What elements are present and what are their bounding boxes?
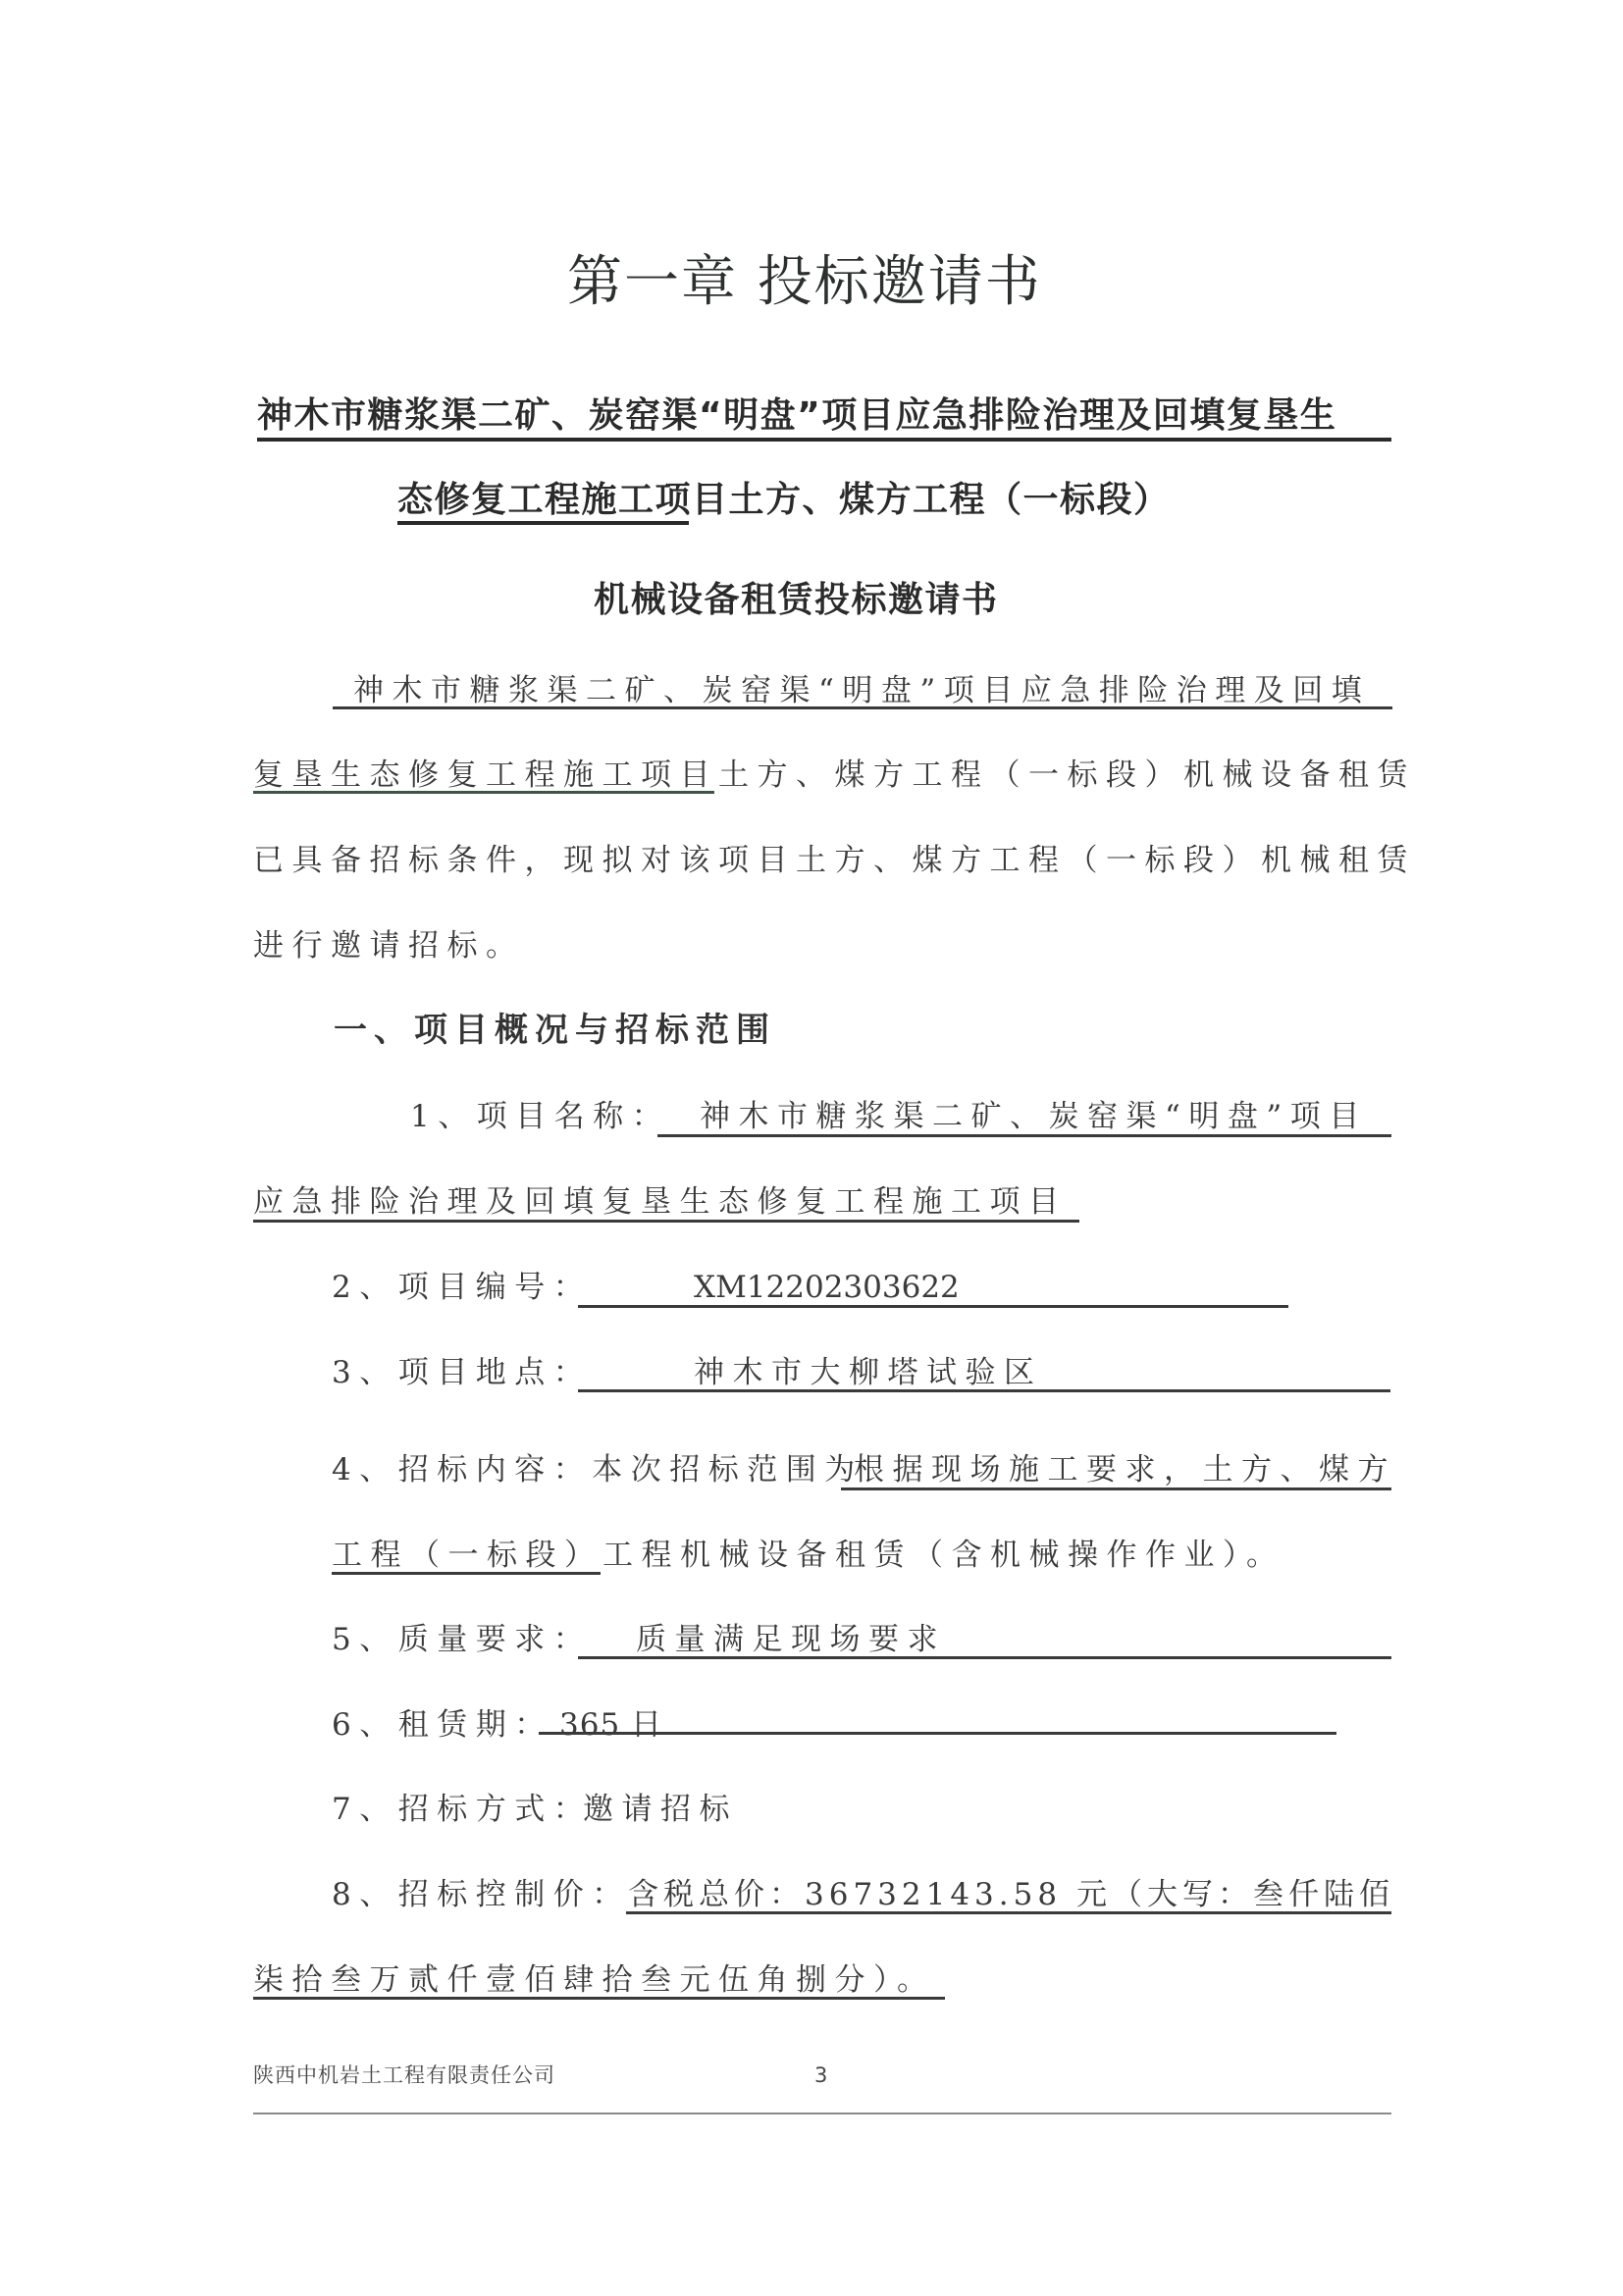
chapter-title: 第一章 投标邀请书 bbox=[567, 251, 1042, 314]
intro-line-1: 神木市糖浆渠二矿、炭窑渠“明盘”项目应急排险治理及回填 bbox=[353, 671, 1370, 710]
section-heading: 一、项目概况与招标范围 bbox=[334, 1011, 776, 1050]
item-4-underline bbox=[841, 1487, 1391, 1490]
footer-rule bbox=[253, 2113, 1391, 2114]
subtitle-underline-1 bbox=[257, 438, 1391, 442]
item-6-label: 6、租赁期： bbox=[332, 1705, 553, 1745]
item-4-tail: 工程机械设备租赁（含机械操作作业）。 bbox=[602, 1536, 1285, 1575]
page-number: 3 bbox=[814, 2061, 828, 2089]
item-4-label: 4、招标内容：本次招标范围为 bbox=[332, 1450, 864, 1489]
item-1-underline bbox=[657, 1134, 1391, 1137]
item-8-underline-cont bbox=[253, 1997, 945, 2000]
item-1-label: 1、项目名称： bbox=[410, 1097, 670, 1136]
item-6-value: 365 日 bbox=[559, 1705, 662, 1745]
item-2-label: 2、项目编号： bbox=[332, 1268, 592, 1307]
item-5-underline bbox=[578, 1656, 1391, 1659]
subtitle-line-2: 态修复工程施工项目土方、煤方工程（一标段） bbox=[397, 479, 1171, 522]
item-4-value-cont: 工程（一标段） bbox=[332, 1536, 603, 1575]
item-7-label: 7、招标方式： bbox=[332, 1790, 592, 1829]
item-2-value: XM12202303622 bbox=[694, 1268, 960, 1307]
subtitle-underline-2 bbox=[397, 521, 689, 525]
item-4-value: 根据现场施工要求，土方、煤方 bbox=[854, 1450, 1396, 1489]
subtitle-line-1: 神木市糖浆渠二矿、炭窑渠“明盘”项目应急排险治理及回填复垦生 bbox=[257, 394, 1336, 438]
intro-underline-2 bbox=[253, 791, 714, 794]
item-3-value: 神木市大柳塔试验区 bbox=[694, 1353, 1043, 1392]
item-7-value: 邀请招标 bbox=[583, 1790, 738, 1829]
item-8-label: 8、招标控制价： bbox=[332, 1875, 631, 1914]
item-1-value-cont: 应急排险治理及回填复垦生态修复工程施工项目 bbox=[253, 1182, 1068, 1222]
item-8-value: 含税总价：36732143.58 元（大写：叁仟陆佰 bbox=[628, 1875, 1394, 1914]
item-6-underline bbox=[539, 1732, 1336, 1735]
item-3-underline bbox=[578, 1389, 1390, 1392]
item-5-label: 5、质量要求： bbox=[332, 1620, 592, 1659]
intro-underline-1 bbox=[333, 706, 1392, 709]
intro-line-3: 已具备招标条件，现拟对该项目土方、煤方工程（一标段）机械租赁 bbox=[253, 841, 1416, 880]
intro-line-2: 复垦生态修复工程施工项目土方、煤方工程（一标段）机械设备租赁 bbox=[253, 756, 1416, 795]
item-2-underline bbox=[578, 1305, 1288, 1308]
subtitle-line-3: 机械设备租赁投标邀请书 bbox=[594, 579, 999, 622]
item-1-value: 神木市糖浆渠二矿、炭窑渠“明盘”项目 bbox=[700, 1097, 1368, 1136]
intro-line-4: 进行邀请招标。 bbox=[253, 926, 525, 965]
item-4-underline-cont bbox=[332, 1572, 601, 1575]
item-8-underline bbox=[626, 1911, 1391, 1914]
item-5-value: 质量满足现场要求 bbox=[636, 1620, 946, 1659]
footer-company: 陕西中机岩土工程有限责任公司 bbox=[253, 2061, 555, 2089]
item-3-label: 3、项目地点： bbox=[332, 1353, 592, 1392]
item-8-value-cont: 柒拾叁万贰仟壹佰肆拾叁元伍角捌分）。 bbox=[253, 1960, 936, 2000]
item-1-underline-cont bbox=[253, 1220, 1079, 1223]
